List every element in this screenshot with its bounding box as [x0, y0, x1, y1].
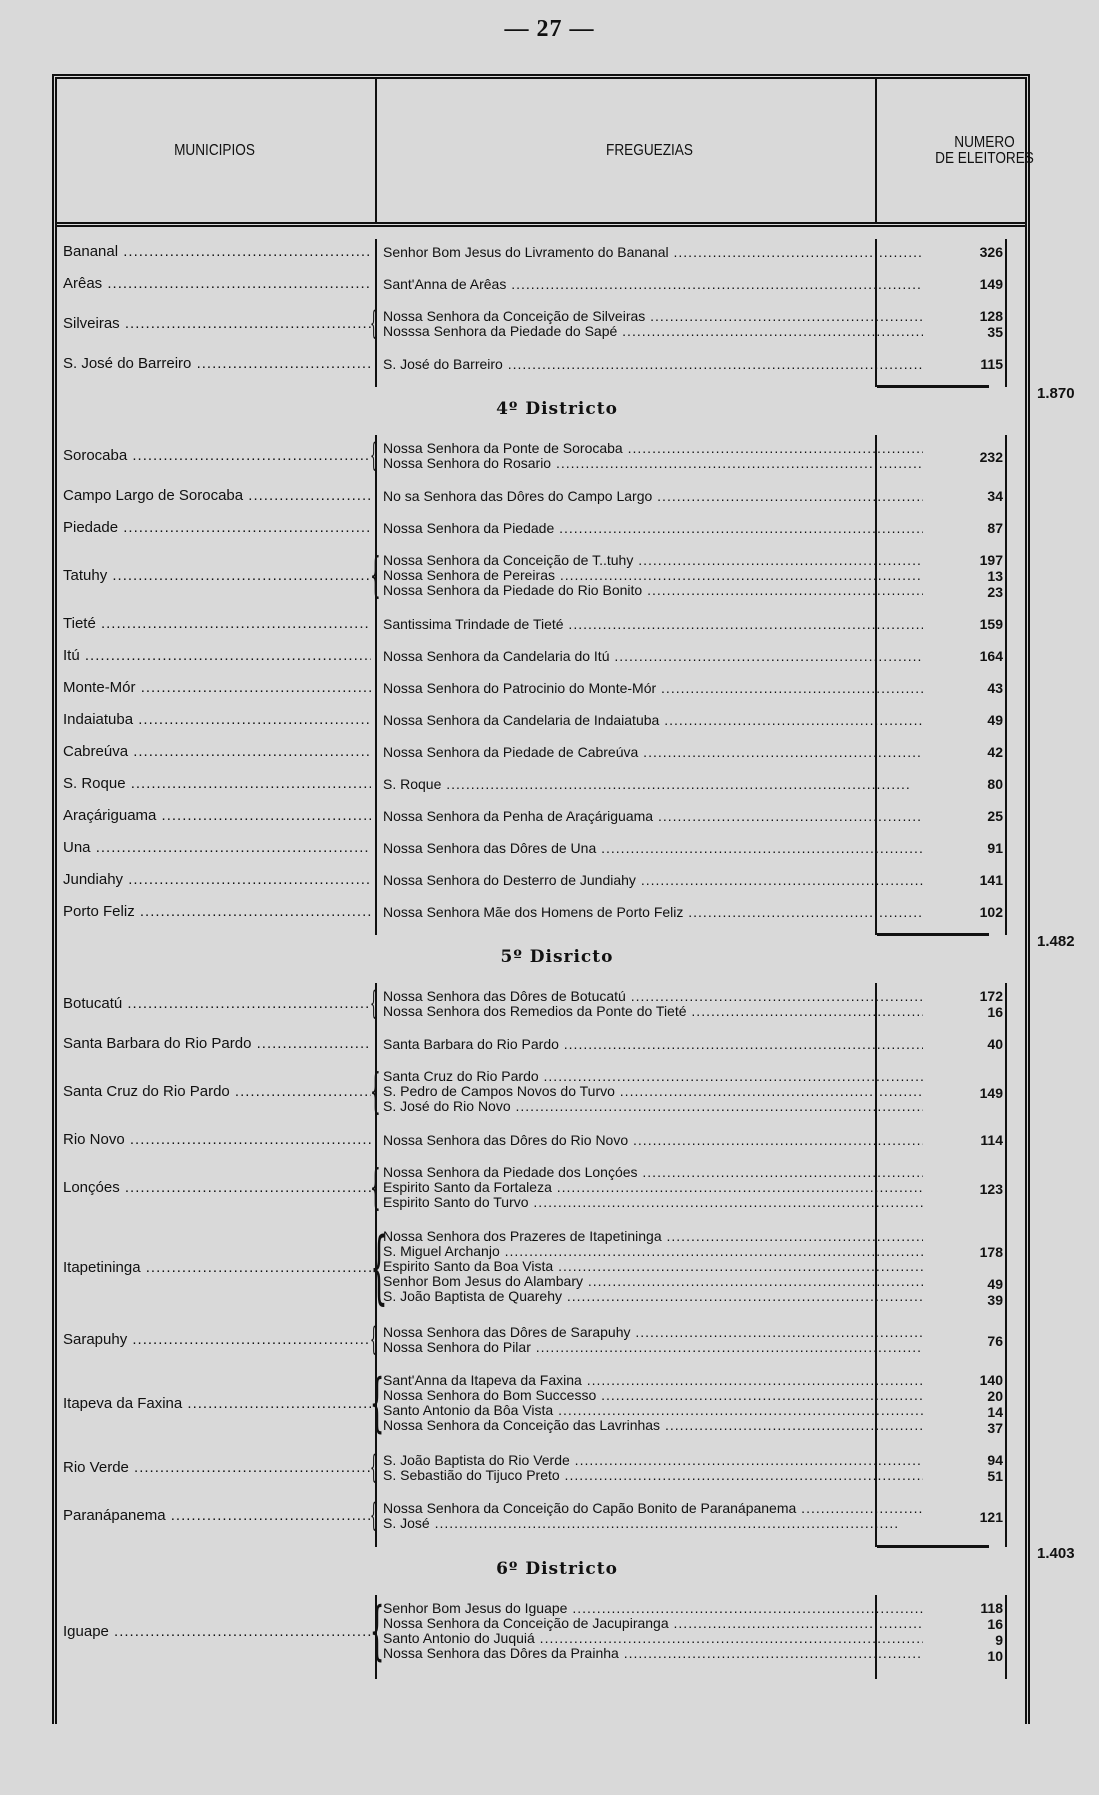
- table-row: Iguape{Senhor Bom Jesus do IguapeNossa S…: [63, 1593, 1023, 1673]
- freguezia-name: Santa Cruz do Rio Pardo: [383, 1069, 923, 1084]
- header-numero-line2: DE ELEITORES: [935, 151, 1034, 167]
- freguezia-name: Santissima Trindade de Tieté: [383, 617, 923, 632]
- header-numero-line1: NUMERO: [935, 135, 1034, 151]
- municipio-name: Iguape: [63, 1623, 371, 1640]
- table-row: IndaiatubaNossa Senhora da Candelaria de…: [63, 705, 1023, 737]
- municipio-name: Campo Largo de Sorocaba: [63, 487, 371, 504]
- freguezia-label: Nossa Senhora da Conceição de Silveiras: [383, 309, 645, 324]
- municipio-name: Cabreúva: [63, 743, 371, 760]
- freguezias-list: Nossa Senhora das Dôres de BotucatúNossa…: [383, 989, 923, 1019]
- freguezias-list: S. Roque: [383, 777, 923, 792]
- eleitores-count: 49: [923, 713, 1003, 728]
- freguezias-list: No sa Senhora das Dôres do Campo Largo: [383, 489, 923, 504]
- freguezia-name: Nossa Senhora da Conceição do Capão Boni…: [383, 1501, 923, 1516]
- freguezia-name: Sant'Anna de Arêas: [383, 277, 923, 292]
- municipio-name: Sarapuhy: [63, 1331, 371, 1348]
- freguezia-label: Santa Cruz do Rio Pardo: [383, 1069, 539, 1084]
- freguezia-name: Nosssa Senhora da Piedade do Sapé: [383, 324, 923, 339]
- eleitores-count: 9: [923, 1633, 1003, 1648]
- municipio-label: Cabreúva: [63, 743, 128, 760]
- freguezia-label: Nossa Senhora da Conceição de T..tuhy: [383, 553, 633, 568]
- freguezia-name: Nossa Senhora das Dôres da Prainha: [383, 1646, 923, 1661]
- table-row: ArêasSant'Anna de Arêas149: [63, 269, 1023, 301]
- freguezia-label: Nossa Senhora dos Prazeres de Itapetinin…: [383, 1229, 662, 1244]
- municipio-label: S. José do Barreiro: [63, 355, 191, 372]
- header-divider: [375, 79, 377, 222]
- freguezia-name: Nossa Senhora da Piedade de Cabreúva: [383, 745, 923, 760]
- municipio-label: Araçáriguama: [63, 807, 156, 824]
- municipio-name: Lonçóes: [63, 1179, 371, 1196]
- table-row: UnaNossa Senhora das Dôres de Una91: [63, 833, 1023, 865]
- table-row: S. José do BarreiroS. José do Barreiro11…: [63, 349, 1023, 381]
- freguezia-label: Nossa Senhora das Dôres do Rio Novo: [383, 1133, 628, 1148]
- freguezia-label: Nossa Senhora do Patrocinio do Monte-Mór: [383, 681, 656, 696]
- municipio-label: Piedade: [63, 519, 118, 536]
- table-row: Paranápanema{Nossa Senhora da Conceição …: [63, 1493, 1023, 1541]
- freguezia-name: Nossa Senhora dos Prazeres de Itapetinin…: [383, 1229, 923, 1244]
- subtotal-rule: [877, 385, 989, 388]
- municipio-label: Tatuhy: [63, 567, 107, 584]
- freguezia-name: S. João Baptista do Rio Verde: [383, 1453, 923, 1468]
- table-row: Sorocaba{Nossa Senhora da Ponte de Soroc…: [63, 433, 1023, 481]
- eleitores-count: 118: [923, 1601, 1003, 1616]
- freguezia-name: Nossa Senhora da Conceição de Silveiras: [383, 309, 923, 324]
- freguezia-name: Nossa Senhora do Patrocinio do Monte-Mór: [383, 681, 923, 696]
- page-number: — 27 —: [0, 16, 1099, 43]
- freguezia-name: S. Miguel Archanjo: [383, 1244, 923, 1259]
- freguezia-name: Nossa Senhora do Desterro de Jundiahy: [383, 873, 923, 888]
- eleitores-count: 149: [923, 277, 1003, 292]
- municipio-label: Lonçóes: [63, 1179, 120, 1196]
- table-row: BananalSenhor Bom Jesus do Livramento do…: [63, 237, 1023, 269]
- freguezia-label: Nossa Senhora dos Remedios da Ponte do T…: [383, 1004, 687, 1019]
- header-numero-eleitores: NUMERO DE ELEITORES: [893, 79, 1076, 222]
- eleitores-count: 102: [923, 905, 1003, 920]
- freguezia-label: Nossa Senhora das Dôres de Sarapuhy: [383, 1325, 630, 1340]
- freguezia-name: Nossa Senhora da Penha de Araçáriguama: [383, 809, 923, 824]
- municipio-label: Una: [63, 839, 91, 856]
- freguezia-label: S. João Baptista de Quarehy: [383, 1289, 562, 1304]
- freguezia-name: Nossa Senhora das Dôres de Una: [383, 841, 923, 856]
- eleitores-count: 16: [923, 1617, 1003, 1632]
- municipio-name: S. Roque: [63, 775, 371, 792]
- municipio-name: Tatuhy: [63, 567, 371, 584]
- eleitores-count: 149: [923, 1086, 1003, 1101]
- municipio-name: Una: [63, 839, 371, 856]
- table-row: Porto FelizNossa Senhora Mãe dos Homens …: [63, 897, 1023, 929]
- table-row: Botucatú{Nossa Senhora das Dôres de Botu…: [63, 981, 1023, 1029]
- freguezia-name: Nossa Senhora da Piedade do Rio Bonito: [383, 583, 923, 598]
- freguezia-label: Nossa Senhora do Desterro de Jundiahy: [383, 873, 636, 888]
- municipio-name: S. José do Barreiro: [63, 355, 371, 372]
- freguezias-list: Nossa Senhora da Ponte de SorocabaNossa …: [383, 441, 923, 471]
- freguezia-label: Nossa Senhora da Piedade de Cabreúva: [383, 745, 638, 760]
- freguezia-label: Nossa Senhora do Pilar: [383, 1340, 531, 1355]
- table-row: Santa Barbara do Rio PardoSanta Barbara …: [63, 1029, 1023, 1061]
- municipio-name: Piedade: [63, 519, 371, 536]
- district-title: Districto: [525, 1559, 618, 1579]
- freguezia-name: S. José do Rio Novo: [383, 1099, 923, 1114]
- freguezias-list: Nossa Senhora da Piedade de Cabreúva: [383, 745, 923, 760]
- eleitores-count: 159: [923, 617, 1003, 632]
- eleitores-count: 141: [923, 873, 1003, 888]
- freguezia-label: No sa Senhora das Dôres do Campo Largo: [383, 489, 652, 504]
- table-row: ItúNossa Senhora da Candelaria do Itú164: [63, 641, 1023, 673]
- freguezia-name: Nossa Senhora da Conceição de T..tuhy: [383, 553, 923, 568]
- municipio-label: Porto Feliz: [63, 903, 135, 920]
- freguezia-label: Nossa Senhora da Ponte de Sorocaba: [383, 441, 623, 456]
- freguezias-list: Senhor Bom Jesus do IguapeNossa Senhora …: [383, 1601, 923, 1661]
- freguezia-label: Senhor Bom Jesus do Alambary: [383, 1274, 583, 1289]
- table-header: MUNICIPIOS FREGUEZIAS NUMERO DE ELEITORE…: [57, 79, 1025, 227]
- freguezia-name: Santo Antonio da Bôa Vista: [383, 1403, 923, 1418]
- eleitores-count: 14: [923, 1405, 1003, 1420]
- municipio-label: S. Roque: [63, 775, 126, 792]
- municipio-label: Paranápanema: [63, 1507, 166, 1524]
- eleitores-count: 23: [923, 585, 1003, 600]
- freguezias-list: Sant'Anna da Itapeva da FaxinaNossa Senh…: [383, 1373, 923, 1433]
- municipio-name: Itapetininga: [63, 1259, 371, 1276]
- freguezia-label: Nossa Senhora do Bom Successo: [383, 1388, 596, 1403]
- eleitores-count: 115: [923, 357, 1003, 372]
- freguezia-name: S. João Baptista de Quarehy: [383, 1289, 923, 1304]
- freguezias-list: Nossa Senhora da Conceição de SilveirasN…: [383, 309, 923, 339]
- freguezias-list: Santissima Trindade de Tieté: [383, 617, 923, 632]
- freguezias-divider: [375, 983, 377, 1547]
- municipio-label: Silveiras: [63, 315, 120, 332]
- freguezia-name: Senhor Bom Jesus do Iguape: [383, 1601, 923, 1616]
- freguezia-name: Senhor Bom Jesus do Alambary: [383, 1274, 923, 1289]
- eleitores-count: 20: [923, 1389, 1003, 1404]
- freguezia-name: S. José do Barreiro: [383, 357, 923, 372]
- eleitores-divider: [875, 1595, 877, 1679]
- table-row: Silveiras{Nossa Senhora da Conceição de …: [63, 301, 1023, 349]
- freguezias-list: Nossa Senhora Mãe dos Homens de Porto Fe…: [383, 905, 923, 920]
- freguezias-list: Nossa Senhora do Patrocinio do Monte-Mór: [383, 681, 923, 696]
- table-row: Santa Cruz do Rio Pardo{Santa Cruz do Ri…: [63, 1061, 1023, 1125]
- municipio-name: Porto Feliz: [63, 903, 371, 920]
- freguezia-label: Nossa Senhora da Piedade dos Lonçóes: [383, 1165, 638, 1180]
- freguezia-name: Sant'Anna da Itapeva da Faxina: [383, 1373, 923, 1388]
- electoral-table: MUNICIPIOS FREGUEZIAS NUMERO DE ELEITORE…: [52, 74, 1030, 1724]
- subtotal-divider: [1005, 983, 1007, 1547]
- district-heading: 5º Disricto: [57, 947, 1057, 967]
- municipio-name: Indaiatuba: [63, 711, 371, 728]
- eleitores-count: 140: [923, 1373, 1003, 1388]
- freguezia-label: Espirito Santo da Boa Vista: [383, 1259, 553, 1274]
- freguezia-label: Nossa Senhora das Dôres de Botucatú: [383, 989, 626, 1004]
- eleitores-divider: [875, 435, 877, 935]
- eleitores-count: 76: [923, 1334, 1003, 1349]
- eleitores-count: 91: [923, 841, 1003, 856]
- freguezia-name: Nossa Senhora da Candelaria do Itú: [383, 649, 923, 664]
- freguezia-name: Espirito Santo da Fortaleza: [383, 1180, 923, 1195]
- freguezia-label: Espirito Santo da Fortaleza: [383, 1180, 552, 1195]
- freguezia-name: S. Sebastião do Tijuco Preto: [383, 1468, 923, 1483]
- freguezia-label: Nossa Senhora da Conceição das Lavrinhas: [383, 1418, 660, 1433]
- freguezias-list: Nossa Senhora do Desterro de Jundiahy: [383, 873, 923, 888]
- freguezias-list: Nossa Senhora da Piedade dos LonçóesEspi…: [383, 1165, 923, 1210]
- subtotal-divider: [1005, 1595, 1007, 1679]
- district-heading: 4º Districto: [57, 399, 1057, 419]
- freguezia-label: Espirito Santo do Turvo: [383, 1195, 529, 1210]
- freguezia-name: Senhor Bom Jesus do Livramento do Banana…: [383, 245, 923, 260]
- freguezia-name: Nossa Senhora do Rosario: [383, 456, 923, 471]
- freguezia-name: S. José: [383, 1516, 923, 1531]
- freguezia-label: Sant'Anna de Arêas: [383, 277, 506, 292]
- eleitores-count: 178: [923, 1245, 1003, 1260]
- freguezia-name: Nossa Senhora do Bom Successo: [383, 1388, 923, 1403]
- freguezia-name: Nossa Senhora da Candelaria de Indaiatub…: [383, 713, 923, 728]
- municipio-name: Arêas: [63, 275, 371, 292]
- municipio-label: Itapetininga: [63, 1259, 141, 1276]
- freguezias-list: Nossa Senhora da Piedade: [383, 521, 923, 536]
- table-row: CabreúvaNossa Senhora da Piedade de Cabr…: [63, 737, 1023, 769]
- freguezia-label: Nossa Senhora da Conceição do Capão Boni…: [383, 1501, 796, 1516]
- freguezias-list: Nossa Senhora da Conceição de T..tuhyNos…: [383, 553, 923, 598]
- municipio-name: Botucatú: [63, 995, 371, 1012]
- eleitores-count: 37: [923, 1421, 1003, 1436]
- eleitores-count: 123: [923, 1182, 1003, 1197]
- freguezia-name: Nossa Senhora dos Remedios da Ponte do T…: [383, 1004, 923, 1019]
- municipio-name: Paranápanema: [63, 1507, 371, 1524]
- municipio-label: Tieté: [63, 615, 96, 632]
- district-title: Districto: [525, 399, 618, 419]
- eleitores-count: 49: [923, 1277, 1003, 1292]
- freguezias-list: Nossa Senhora da Penha de Araçáriguama: [383, 809, 923, 824]
- freguezia-label: S. Miguel Archanjo: [383, 1244, 500, 1259]
- municipio-label: Jundiahy: [63, 871, 123, 888]
- freguezia-name: Santa Barbara do Rio Pardo: [383, 1037, 923, 1052]
- freguezia-name: Espirito Santo do Turvo: [383, 1195, 923, 1210]
- municipio-label: Rio Verde: [63, 1459, 129, 1476]
- freguezia-label: Nossa Senhora Mãe dos Homens de Porto Fe…: [383, 905, 683, 920]
- freguezia-label: Nossa Senhora do Rosario: [383, 456, 551, 471]
- header-freguezias: FREGUEZIAS: [418, 79, 881, 222]
- eleitores-count: 232: [923, 450, 1003, 465]
- freguezias-list: Senhor Bom Jesus do Livramento do Banana…: [383, 245, 923, 260]
- eleitores-count: 39: [923, 1293, 1003, 1308]
- eleitores-count: 114: [923, 1133, 1003, 1148]
- table-row: Sarapuhy{Nossa Senhora das Dôres de Sara…: [63, 1317, 1023, 1365]
- table-row: AraçáriguamaNossa Senhora da Penha de Ar…: [63, 801, 1023, 833]
- freguezias-list: Nossa Senhora das Dôres do Rio Novo: [383, 1133, 923, 1148]
- freguezia-label: S. José do Rio Novo: [383, 1099, 511, 1114]
- table-row: JundiahyNossa Senhora do Desterro de Jun…: [63, 865, 1023, 897]
- header-municipios: MUNICIPIOS: [81, 79, 349, 222]
- municipio-name: Santa Barbara do Rio Pardo: [63, 1035, 371, 1052]
- freguezias-list: Nossa Senhora da Conceição do Capão Boni…: [383, 1501, 923, 1531]
- freguezia-label: Nossa Senhora da Piedade do Rio Bonito: [383, 583, 642, 598]
- municipio-name: Jundiahy: [63, 871, 371, 888]
- subtotal-rule: [877, 1545, 989, 1548]
- freguezia-label: Sant'Anna da Itapeva da Faxina: [383, 1373, 582, 1388]
- freguezia-label: S. João Baptista do Rio Verde: [383, 1453, 570, 1468]
- municipio-label: Sorocaba: [63, 447, 127, 464]
- municipio-label: Santa Cruz do Rio Pardo: [63, 1083, 230, 1100]
- table-row: S. RoqueS. Roque80: [63, 769, 1023, 801]
- freguezias-list: Nossa Senhora dos Prazeres de Itapetinin…: [383, 1229, 923, 1304]
- freguezias-list: S. João Baptista do Rio VerdeS. Sebastiã…: [383, 1453, 923, 1483]
- eleitores-count: 10: [923, 1649, 1003, 1664]
- freguezia-name: Nossa Senhora das Dôres do Rio Novo: [383, 1133, 923, 1148]
- municipio-label: Iguape: [63, 1623, 109, 1640]
- freguezias-list: Nossa Senhora da Candelaria de Indaiatub…: [383, 713, 923, 728]
- table-row: Rio NovoNossa Senhora das Dôres do Rio N…: [63, 1125, 1023, 1157]
- freguezia-name: Nossa Senhora das Dôres de Sarapuhy: [383, 1325, 923, 1340]
- eleitores-count: 197: [923, 553, 1003, 568]
- subtotal-rule: [877, 933, 989, 936]
- eleitores-count: 16: [923, 1005, 1003, 1020]
- eleitores-count: 326: [923, 245, 1003, 260]
- municipio-name: Bananal: [63, 243, 371, 260]
- municipio-label: Itapeva da Faxina: [63, 1395, 182, 1412]
- municipio-label: Rio Novo: [63, 1131, 125, 1148]
- municipio-label: Botucatú: [63, 995, 122, 1012]
- freguezia-name: Nossa Senhora da Piedade: [383, 521, 923, 536]
- freguezia-name: Nossa Senhora da Ponte de Sorocaba: [383, 441, 923, 456]
- table-row: Monte-MórNossa Senhora do Patrocinio do …: [63, 673, 1023, 705]
- freguezia-label: Nosssa Senhora da Piedade do Sapé: [383, 324, 617, 339]
- freguezia-label: Santissima Trindade de Tieté: [383, 617, 564, 632]
- eleitores-count: 87: [923, 521, 1003, 536]
- freguezia-name: Nossa Senhora do Pilar: [383, 1340, 923, 1355]
- freguezia-label: Nossa Senhora da Penha de Araçáriguama: [383, 809, 653, 824]
- eleitores-divider: [875, 983, 877, 1547]
- freguezia-label: S. José do Barreiro: [383, 357, 503, 372]
- municipio-name: Rio Novo: [63, 1131, 371, 1148]
- freguezia-label: Senhor Bom Jesus do Iguape: [383, 1601, 567, 1616]
- table-row: Campo Largo de SorocabaNo sa Senhora das…: [63, 481, 1023, 513]
- freguezias-list: Nossa Senhora das Dôres de SarapuhyNossa…: [383, 1325, 923, 1355]
- freguezia-label: Santo Antonio do Juquiá: [383, 1631, 535, 1646]
- eleitores-count: 13: [923, 569, 1003, 584]
- header-divider: [875, 79, 877, 222]
- subtotal-divider: [1005, 435, 1007, 935]
- eleitores-count: 43: [923, 681, 1003, 696]
- freguezia-name: Espirito Santo da Boa Vista: [383, 1259, 923, 1274]
- freguezias-list: Nossa Senhora da Candelaria do Itú: [383, 649, 923, 664]
- eleitores-count: 172: [923, 989, 1003, 1004]
- eleitores-count: 94: [923, 1453, 1003, 1468]
- table-row: PiedadeNossa Senhora da Piedade87: [63, 513, 1023, 545]
- table-row: Itapetininga{Nossa Senhora dos Prazeres …: [63, 1221, 1023, 1317]
- municipio-name: Silveiras: [63, 315, 371, 332]
- freguezia-name: S. Roque: [383, 777, 923, 792]
- subtotal-divider: [1005, 239, 1007, 387]
- table-row: Itapeva da Faxina{Sant'Anna da Itapeva d…: [63, 1365, 1023, 1445]
- eleitores-count: 164: [923, 649, 1003, 664]
- municipio-name: Itú: [63, 647, 371, 664]
- freguezia-label: Santo Antonio da Bôa Vista: [383, 1403, 553, 1418]
- freguezia-name: S. Pedro de Campos Novos do Turvo: [383, 1084, 923, 1099]
- freguezia-label: Nossa Senhora das Dôres da Prainha: [383, 1646, 619, 1661]
- freguezia-name: Nossa Senhora Mãe dos Homens de Porto Fe…: [383, 905, 923, 920]
- district-heading: 6º Districto: [57, 1559, 1057, 1579]
- municipio-label: Indaiatuba: [63, 711, 133, 728]
- freguezia-label: Nossa Senhora da Candelaria de Indaiatub…: [383, 713, 659, 728]
- freguezias-divider: [375, 1595, 377, 1679]
- freguezia-name: Santo Antonio do Juquiá: [383, 1631, 923, 1646]
- eleitores-count: 34: [923, 489, 1003, 504]
- freguezias-list: Santa Barbara do Rio Pardo: [383, 1037, 923, 1052]
- table-row: TietéSantissima Trindade de Tieté159: [63, 609, 1023, 641]
- freguezia-label: Senhor Bom Jesus do Livramento do Banana…: [383, 245, 669, 260]
- district-ordinal: 5º: [501, 947, 530, 967]
- table-row: Lonçóes{Nossa Senhora da Piedade dos Lon…: [63, 1157, 1023, 1221]
- freguezias-list: Santa Cruz do Rio PardoS. Pedro de Campo…: [383, 1069, 923, 1114]
- eleitores-count: 35: [923, 325, 1003, 340]
- freguezia-name: No sa Senhora das Dôres do Campo Largo: [383, 489, 923, 504]
- freguezia-label: S. Pedro de Campos Novos do Turvo: [383, 1084, 615, 1099]
- municipio-label: Campo Largo de Sorocaba: [63, 487, 243, 504]
- freguezias-divider: [375, 239, 377, 387]
- freguezia-label: Nossa Senhora da Piedade: [383, 521, 554, 536]
- freguezias-list: Nossa Senhora das Dôres de Una: [383, 841, 923, 856]
- municipio-label: Sarapuhy: [63, 1331, 127, 1348]
- eleitores-divider: [875, 239, 877, 387]
- municipio-label: Santa Barbara do Rio Pardo: [63, 1035, 251, 1052]
- eleitores-count: 80: [923, 777, 1003, 792]
- district-ordinal: 4º: [496, 399, 525, 419]
- freguezia-label: S. Roque: [383, 777, 441, 792]
- eleitores-count: 25: [923, 809, 1003, 824]
- freguezia-name: Nossa Senhora da Piedade dos Lonçóes: [383, 1165, 923, 1180]
- freguezia-label: Nossa Senhora das Dôres de Una: [383, 841, 596, 856]
- municipio-label: Arêas: [63, 275, 102, 292]
- eleitores-count: 121: [923, 1510, 1003, 1525]
- eleitores-count: 51: [923, 1469, 1003, 1484]
- municipio-name: Rio Verde: [63, 1459, 371, 1476]
- district-ordinal: 6º: [496, 1559, 525, 1579]
- freguezia-label: S. José: [383, 1516, 430, 1531]
- district-title: Disricto: [530, 947, 614, 967]
- freguezias-divider: [375, 435, 377, 935]
- eleitores-count: 40: [923, 1037, 1003, 1052]
- freguezia-label: Nossa Senhora de Pereiras: [383, 568, 555, 583]
- table-row: Rio Verde{S. João Baptista do Rio VerdeS…: [63, 1445, 1023, 1493]
- municipio-label: Bananal: [63, 243, 118, 260]
- municipio-name: Araçáriguama: [63, 807, 371, 824]
- municipio-name: Santa Cruz do Rio Pardo: [63, 1083, 371, 1100]
- eleitores-count: 128: [923, 309, 1003, 324]
- freguezia-label: S. Sebastião do Tijuco Preto: [383, 1468, 560, 1483]
- municipio-name: Itapeva da Faxina: [63, 1395, 371, 1412]
- freguezias-list: Sant'Anna de Arêas: [383, 277, 923, 292]
- freguezia-name: Nossa Senhora da Conceição de Jacupirang…: [383, 1616, 923, 1631]
- freguezia-label: Nossa Senhora da Conceição de Jacupirang…: [383, 1616, 669, 1631]
- municipio-name: Monte-Mór: [63, 679, 371, 696]
- freguezias-list: S. José do Barreiro: [383, 357, 923, 372]
- municipio-name: Sorocaba: [63, 447, 371, 464]
- freguezia-name: Nossa Senhora das Dôres de Botucatú: [383, 989, 923, 1004]
- table-row: Tatuhy{Nossa Senhora da Conceição de T..…: [63, 545, 1023, 609]
- freguezia-label: Santa Barbara do Rio Pardo: [383, 1037, 559, 1052]
- freguezia-name: Nossa Senhora da Conceição das Lavrinhas: [383, 1418, 923, 1433]
- eleitores-count: 42: [923, 745, 1003, 760]
- freguezia-name: Nossa Senhora de Pereiras: [383, 568, 923, 583]
- freguezia-label: Nossa Senhora da Candelaria do Itú: [383, 649, 609, 664]
- municipio-label: Itú: [63, 647, 80, 664]
- municipio-label: Monte-Mór: [63, 679, 136, 696]
- municipio-name: Tieté: [63, 615, 371, 632]
